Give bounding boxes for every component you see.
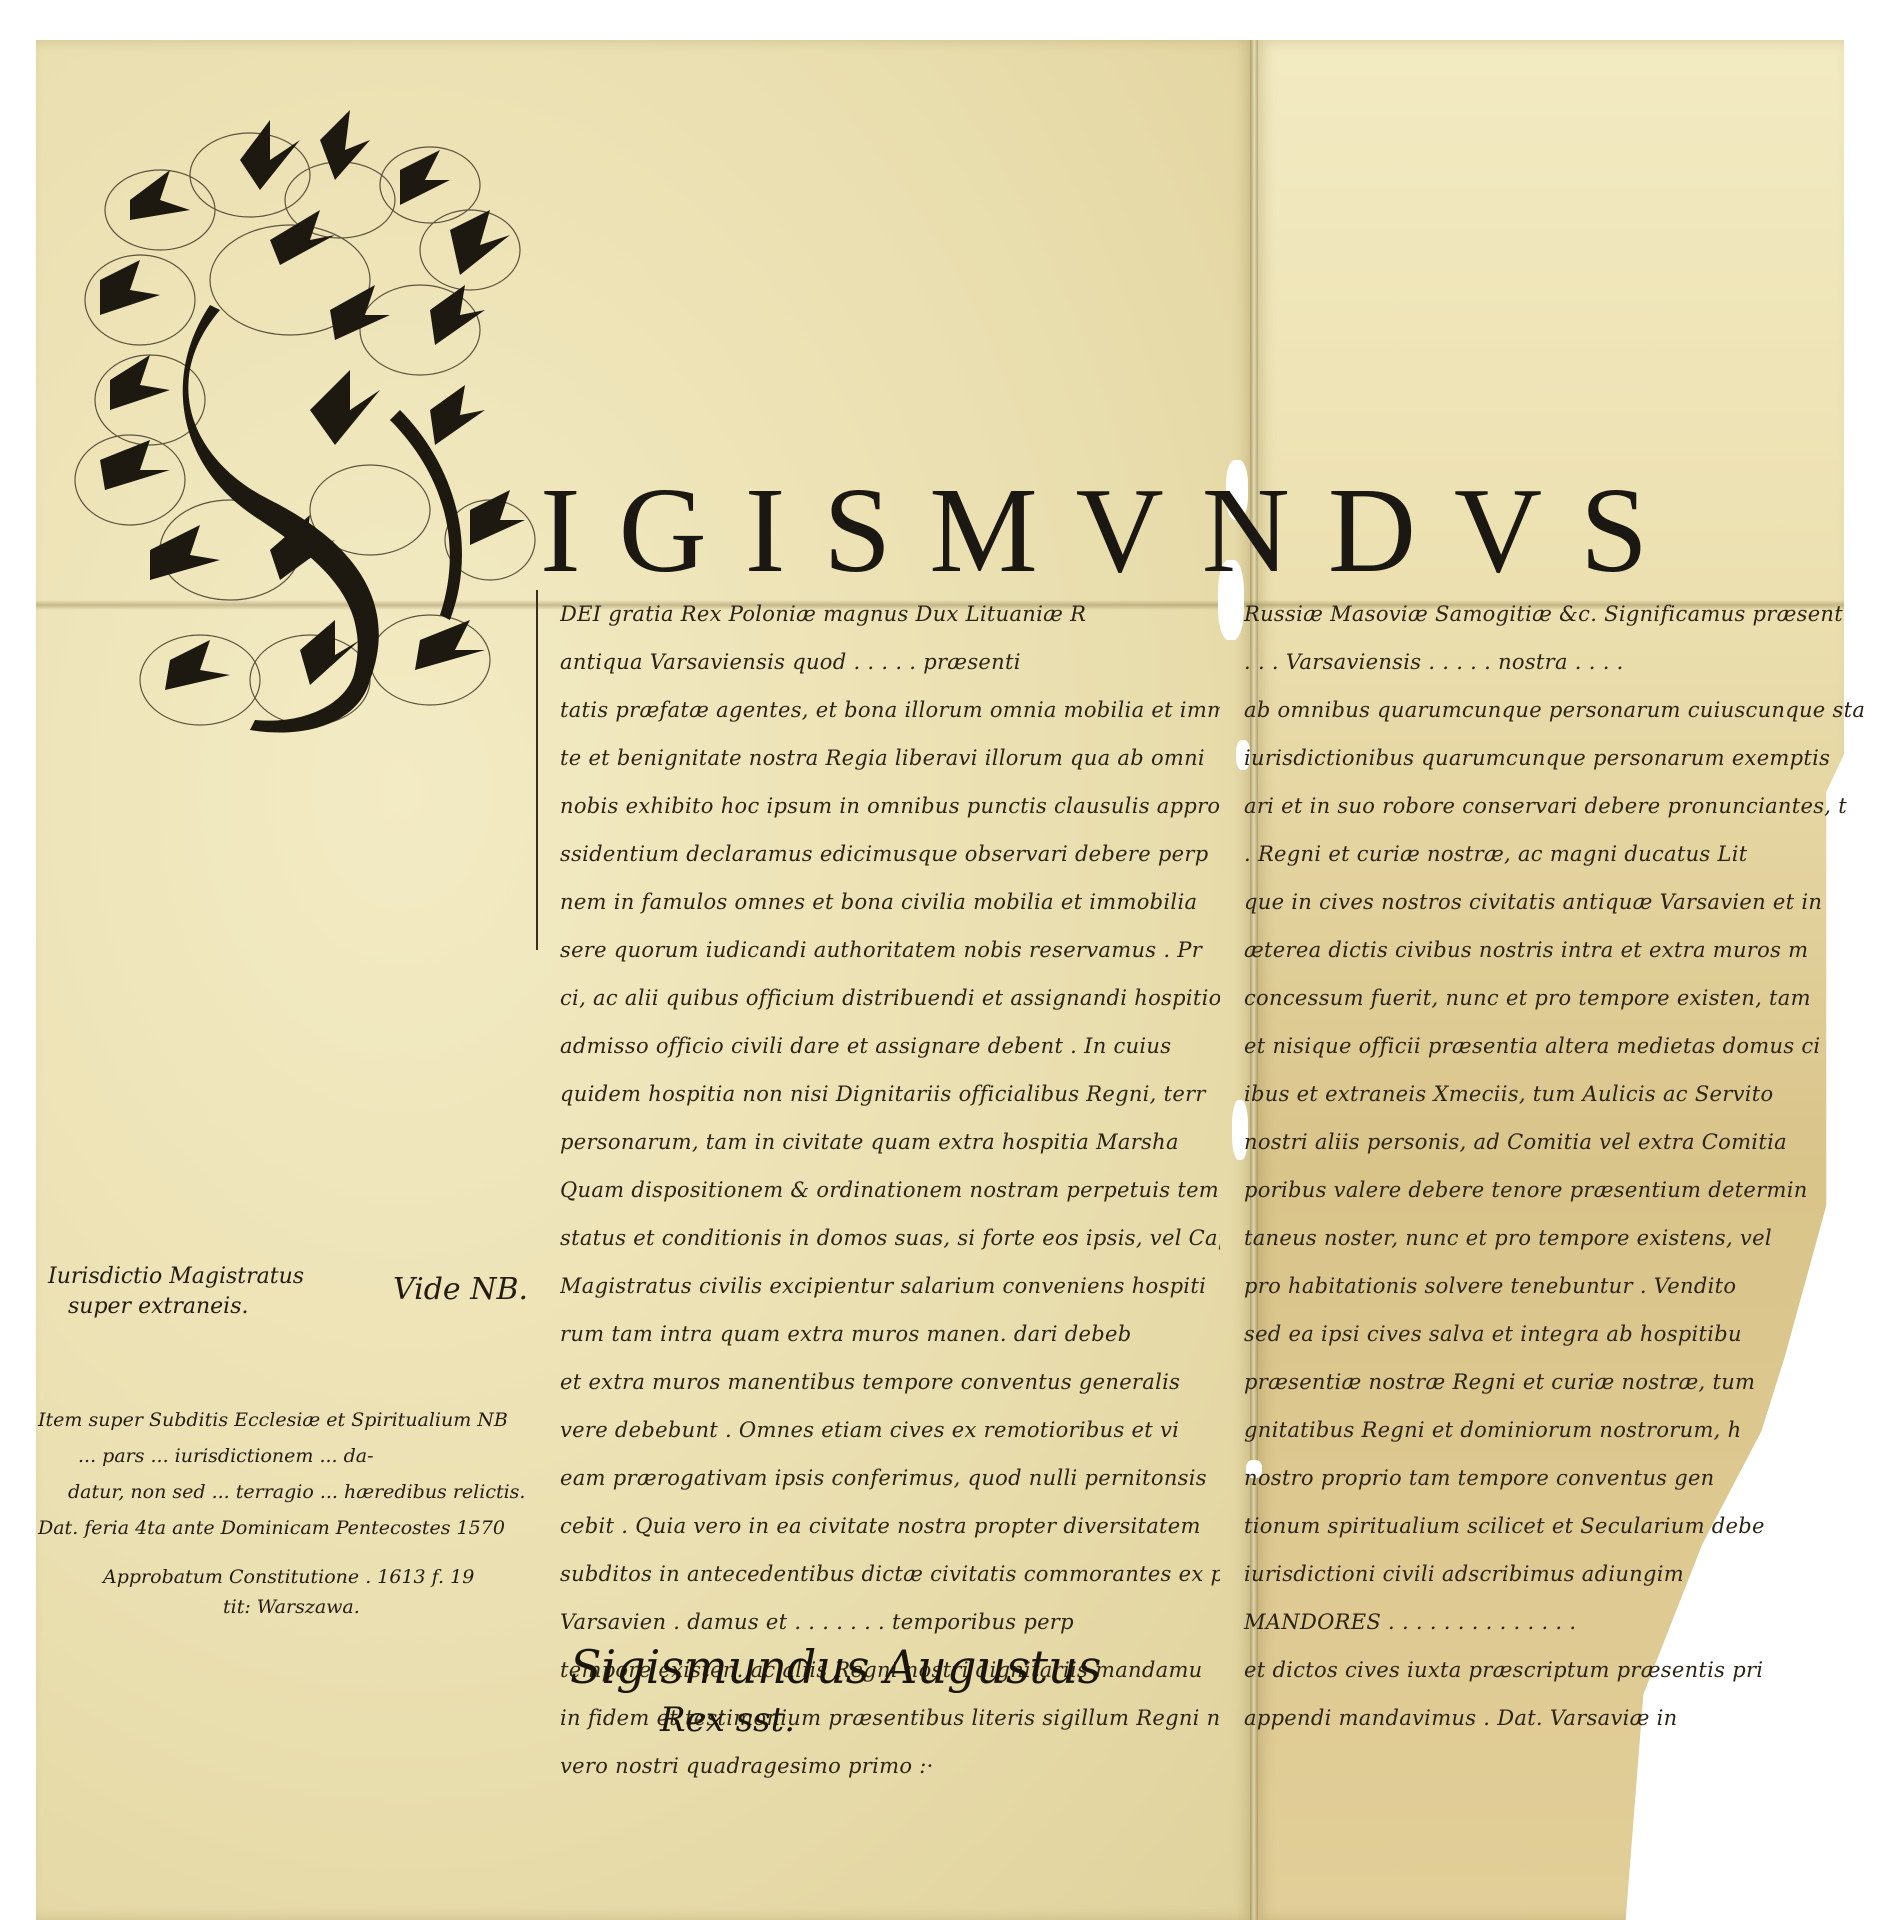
- text-line-left: Quam dispositionem & ordinationem nostra…: [560, 1166, 1220, 1214]
- text-line-right: Russiæ Masoviæ Samogitiæ &c. Significamu…: [1220, 590, 1864, 638]
- text-line-left: quidem hospitia non nisi Dignitariis off…: [560, 1070, 1220, 1118]
- margin-note-subjects: Item super Subditis Ecclesiæ et Spiritua…: [38, 1402, 558, 1546]
- text-line: rum tam intra quam extra muros manen. da…: [560, 1310, 1870, 1358]
- text-line-right: et nisique officii præsentia altera medi…: [1220, 1022, 1864, 1070]
- text-line-left: DEI gratia Rex Poloniæ magnus Dux Lituan…: [560, 590, 1220, 638]
- margin-note-line: Approbatum Constitutione . 1613 f. 19: [103, 1562, 474, 1592]
- text-line-right: iurisdictionibus quarumcunque personarum…: [1220, 734, 1864, 782]
- margin-note-vide: Vide NB.: [393, 1272, 528, 1307]
- margin-note-line: tit: Warszawa.: [103, 1592, 474, 1622]
- text-line: nem in famulos omnes et bona civilia mob…: [560, 878, 1870, 926]
- signature-title: Rex sst.: [660, 1700, 795, 1740]
- text-line-left: in fidem et testimonium præsentibus lite…: [560, 1694, 1220, 1742]
- text-line-right: sed ea ipsi cives salva et integra ab ho…: [1220, 1310, 1864, 1358]
- text-line-left: personarum, tam in civitate quam extra h…: [560, 1118, 1220, 1166]
- text-line-left: nem in famulos omnes et bona civilia mob…: [560, 878, 1220, 926]
- text-line-right: taneus noster, nunc et pro tempore exist…: [1220, 1214, 1864, 1262]
- text-line-left: Varsavien . damus et . . . . . . . tempo…: [560, 1598, 1220, 1646]
- text-line-right: pro habitationis solvere tenebuntur . Ve…: [1220, 1262, 1864, 1310]
- decorative-initial-s-icon: [70, 80, 540, 800]
- text-line: Varsavien . damus et . . . . . . . tempo…: [560, 1598, 1870, 1646]
- text-line: tatis præfatæ agentes, et bona illorum o…: [560, 686, 1870, 734]
- text-line-left: te et benignitate nostra Regia liberavi …: [560, 734, 1220, 782]
- text-line-left: eam prærogativam ipsis conferimus, quod …: [560, 1454, 1220, 1502]
- text-line-left: subditos in antecedentibus dictæ civitat…: [560, 1550, 1220, 1598]
- text-line: sere quorum iudicandi authoritatem nobis…: [560, 926, 1870, 974]
- text-line-left: vere debebunt . Omnes etiam cives ex rem…: [560, 1406, 1220, 1454]
- text-line: Quam dispositionem & ordinationem nostra…: [560, 1166, 1870, 1214]
- charter-body-text: DEI gratia Rex Poloniæ magnus Dux Lituan…: [560, 590, 1870, 1790]
- text-line-left: vero nostri quadragesimo primo :·: [560, 1742, 1220, 1790]
- text-line-right: ab omnibus quarumcunque personarum cuius…: [1220, 686, 1864, 734]
- text-line-right: æterea dictis civibus nostris intra et e…: [1220, 926, 1864, 974]
- text-bracket: [536, 590, 550, 950]
- text-line: te et benignitate nostra Regia liberavi …: [560, 734, 1870, 782]
- text-line-right: et dictos cives iuxta præscriptum præsen…: [1220, 1646, 1864, 1694]
- text-line: cebit . Quia vero in ea civitate nostra …: [560, 1502, 1870, 1550]
- text-line-right: concessum fuerit, nunc et pro tempore ex…: [1220, 974, 1864, 1022]
- text-line: antiqua Varsaviensis quod . . . . . præs…: [560, 638, 1870, 686]
- margin-note-approval: Approbatum Constitutione . 1613 f. 19 ti…: [103, 1562, 474, 1622]
- text-line-left: rum tam intra quam extra muros manen. da…: [560, 1310, 1220, 1358]
- text-line-left: sere quorum iudicandi authoritatem nobis…: [560, 926, 1220, 974]
- text-line-left: status et conditionis in domos suas, si …: [560, 1214, 1220, 1262]
- margin-note-line: Item super Subditis Ecclesiæ et Spiritua…: [38, 1402, 558, 1438]
- text-line-left: antiqua Varsaviensis quod . . . . . præs…: [560, 638, 1220, 686]
- margin-note-line: datur, non sed ... terragio ... hæredibu…: [38, 1474, 558, 1510]
- text-line-left: et extra muros manentibus tempore conven…: [560, 1358, 1220, 1406]
- text-line-left: ssidentium declaramus edicimusque observ…: [560, 830, 1220, 878]
- text-line: vere debebunt . Omnes etiam cives ex rem…: [560, 1406, 1870, 1454]
- text-line-right: . . . Varsaviensis . . . . . nostra . . …: [1220, 638, 1864, 686]
- royal-signature: Sigismundus Augustus: [570, 1640, 1101, 1694]
- document-headline: IGISMVNDVS: [540, 470, 1686, 592]
- text-line: ssidentium declaramus edicimusque observ…: [560, 830, 1870, 878]
- text-line-right: gnitatibus Regni et dominiorum nostrorum…: [1220, 1406, 1864, 1454]
- text-line: status et conditionis in domos suas, si …: [560, 1214, 1870, 1262]
- text-line-right: ibus et extraneis Xmeciis, tum Aulicis a…: [1220, 1070, 1864, 1118]
- text-line-right: MANDORES . . . . . . . . . . . . . .: [1220, 1598, 1864, 1646]
- text-line: et extra muros manentibus tempore conven…: [560, 1358, 1870, 1406]
- text-line-right: nostri aliis personis, ad Comitia vel ex…: [1220, 1118, 1864, 1166]
- text-line-left: nobis exhibito hoc ipsum in omnibus punc…: [560, 782, 1220, 830]
- text-line-right: appendi mandavimus . Dat. Varsaviæ in: [1220, 1694, 1864, 1742]
- text-line: nobis exhibito hoc ipsum in omnibus punc…: [560, 782, 1870, 830]
- text-line-right: . Regni et curiæ nostræ, ac magni ducatu…: [1220, 830, 1864, 878]
- text-line: subditos in antecedentibus dictæ civitat…: [560, 1550, 1870, 1598]
- text-line-right: præsentiæ nostræ Regni et curiæ nostræ, …: [1220, 1358, 1864, 1406]
- text-line-left: admisso officio civili dare et assignare…: [560, 1022, 1220, 1070]
- text-line: eam prærogativam ipsis conferimus, quod …: [560, 1454, 1870, 1502]
- text-line: vero nostri quadragesimo primo :·: [560, 1742, 1870, 1790]
- text-line-left: cebit . Quia vero in ea civitate nostra …: [560, 1502, 1220, 1550]
- text-line: quidem hospitia non nisi Dignitariis off…: [560, 1070, 1870, 1118]
- text-line-right: tionum spiritualium scilicet et Seculari…: [1220, 1502, 1864, 1550]
- text-line: DEI gratia Rex Poloniæ magnus Dux Lituan…: [560, 590, 1870, 638]
- text-line-left: Magistratus civilis excipientur salarium…: [560, 1262, 1220, 1310]
- text-line-right: poribus valere debere tenore præsentium …: [1220, 1166, 1864, 1214]
- text-line: personarum, tam in civitate quam extra h…: [560, 1118, 1870, 1166]
- text-line-left: tatis præfatæ agentes, et bona illorum o…: [560, 686, 1220, 734]
- margin-annotations: Iurisdictio Magistratus super extraneis.…: [48, 1262, 568, 1322]
- text-line-right: que in cives nostros civitatis antiquæ V…: [1220, 878, 1864, 926]
- margin-note-line: Dat. feria 4ta ante Dominicam Pentecoste…: [38, 1510, 558, 1546]
- text-line-right: nostro proprio tam tempore conventus gen: [1220, 1454, 1864, 1502]
- margin-note-line: ... pars ... iurisdictionem ... da-: [38, 1438, 558, 1474]
- text-line-left: ci, ac alii quibus officium distribuendi…: [560, 974, 1220, 1022]
- text-line-right: iurisdictioni civili adscribimus adiungi…: [1220, 1550, 1864, 1598]
- text-line: Magistratus civilis excipientur salarium…: [560, 1262, 1870, 1310]
- text-line-right: ari et in suo robore conservari debere p…: [1220, 782, 1864, 830]
- text-line: ci, ac alii quibus officium distribuendi…: [560, 974, 1870, 1022]
- text-line: admisso officio civili dare et assignare…: [560, 1022, 1870, 1070]
